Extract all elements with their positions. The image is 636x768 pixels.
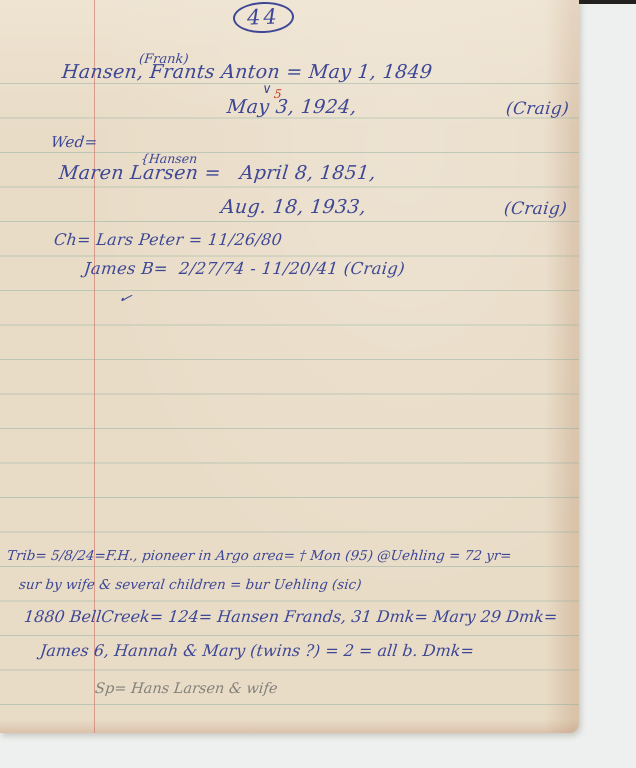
notebook-paper: 44 (Frank) Hansen, Frants Anton = May 1,…	[0, 0, 579, 733]
pencil-sponsors-note: Sp= Hans Larsen & wife	[94, 682, 278, 698]
census-1880-line-1: 1880 BellCreek= 124= Hansen Frands, 31 D…	[23, 608, 558, 626]
children-line-lars-peter: Ch= Lars Peter = 11/26/80	[53, 231, 283, 249]
tribute-note-line-2: sur by wife & several children = bur Ueh…	[18, 578, 362, 593]
page-number-text: 44	[247, 4, 281, 29]
page-number-circled: 44	[232, 1, 294, 34]
death-date-line: May 3, 1924,	[226, 97, 358, 118]
wed-label: Wed=	[50, 134, 98, 151]
scanner-lid-edge	[574, 0, 636, 4]
children-line-james: James B= 2/27/74 - 11/20/41 (Craig)	[83, 260, 406, 278]
spouse-birth-line: Maren Larsen = April 8, 1851,	[58, 163, 377, 184]
name-birth-line: Hansen, Frants Anton = May 1, 1849	[61, 62, 433, 83]
scanned-document: 44 (Frank) Hansen, Frants Anton = May 1,…	[0, 0, 636, 768]
source-craig-2: (Craig)	[503, 200, 568, 219]
tribute-note-line-1: Trib= 5/8/24=F.H., pioneer in Argo area=…	[6, 549, 512, 564]
census-1880-line-2: James 6, Hannah & Mary (twins ?) = 2 = a…	[39, 642, 475, 660]
source-craig-1: (Craig)	[505, 100, 570, 119]
spouse-death-line: Aug. 18, 1933,	[220, 197, 367, 218]
